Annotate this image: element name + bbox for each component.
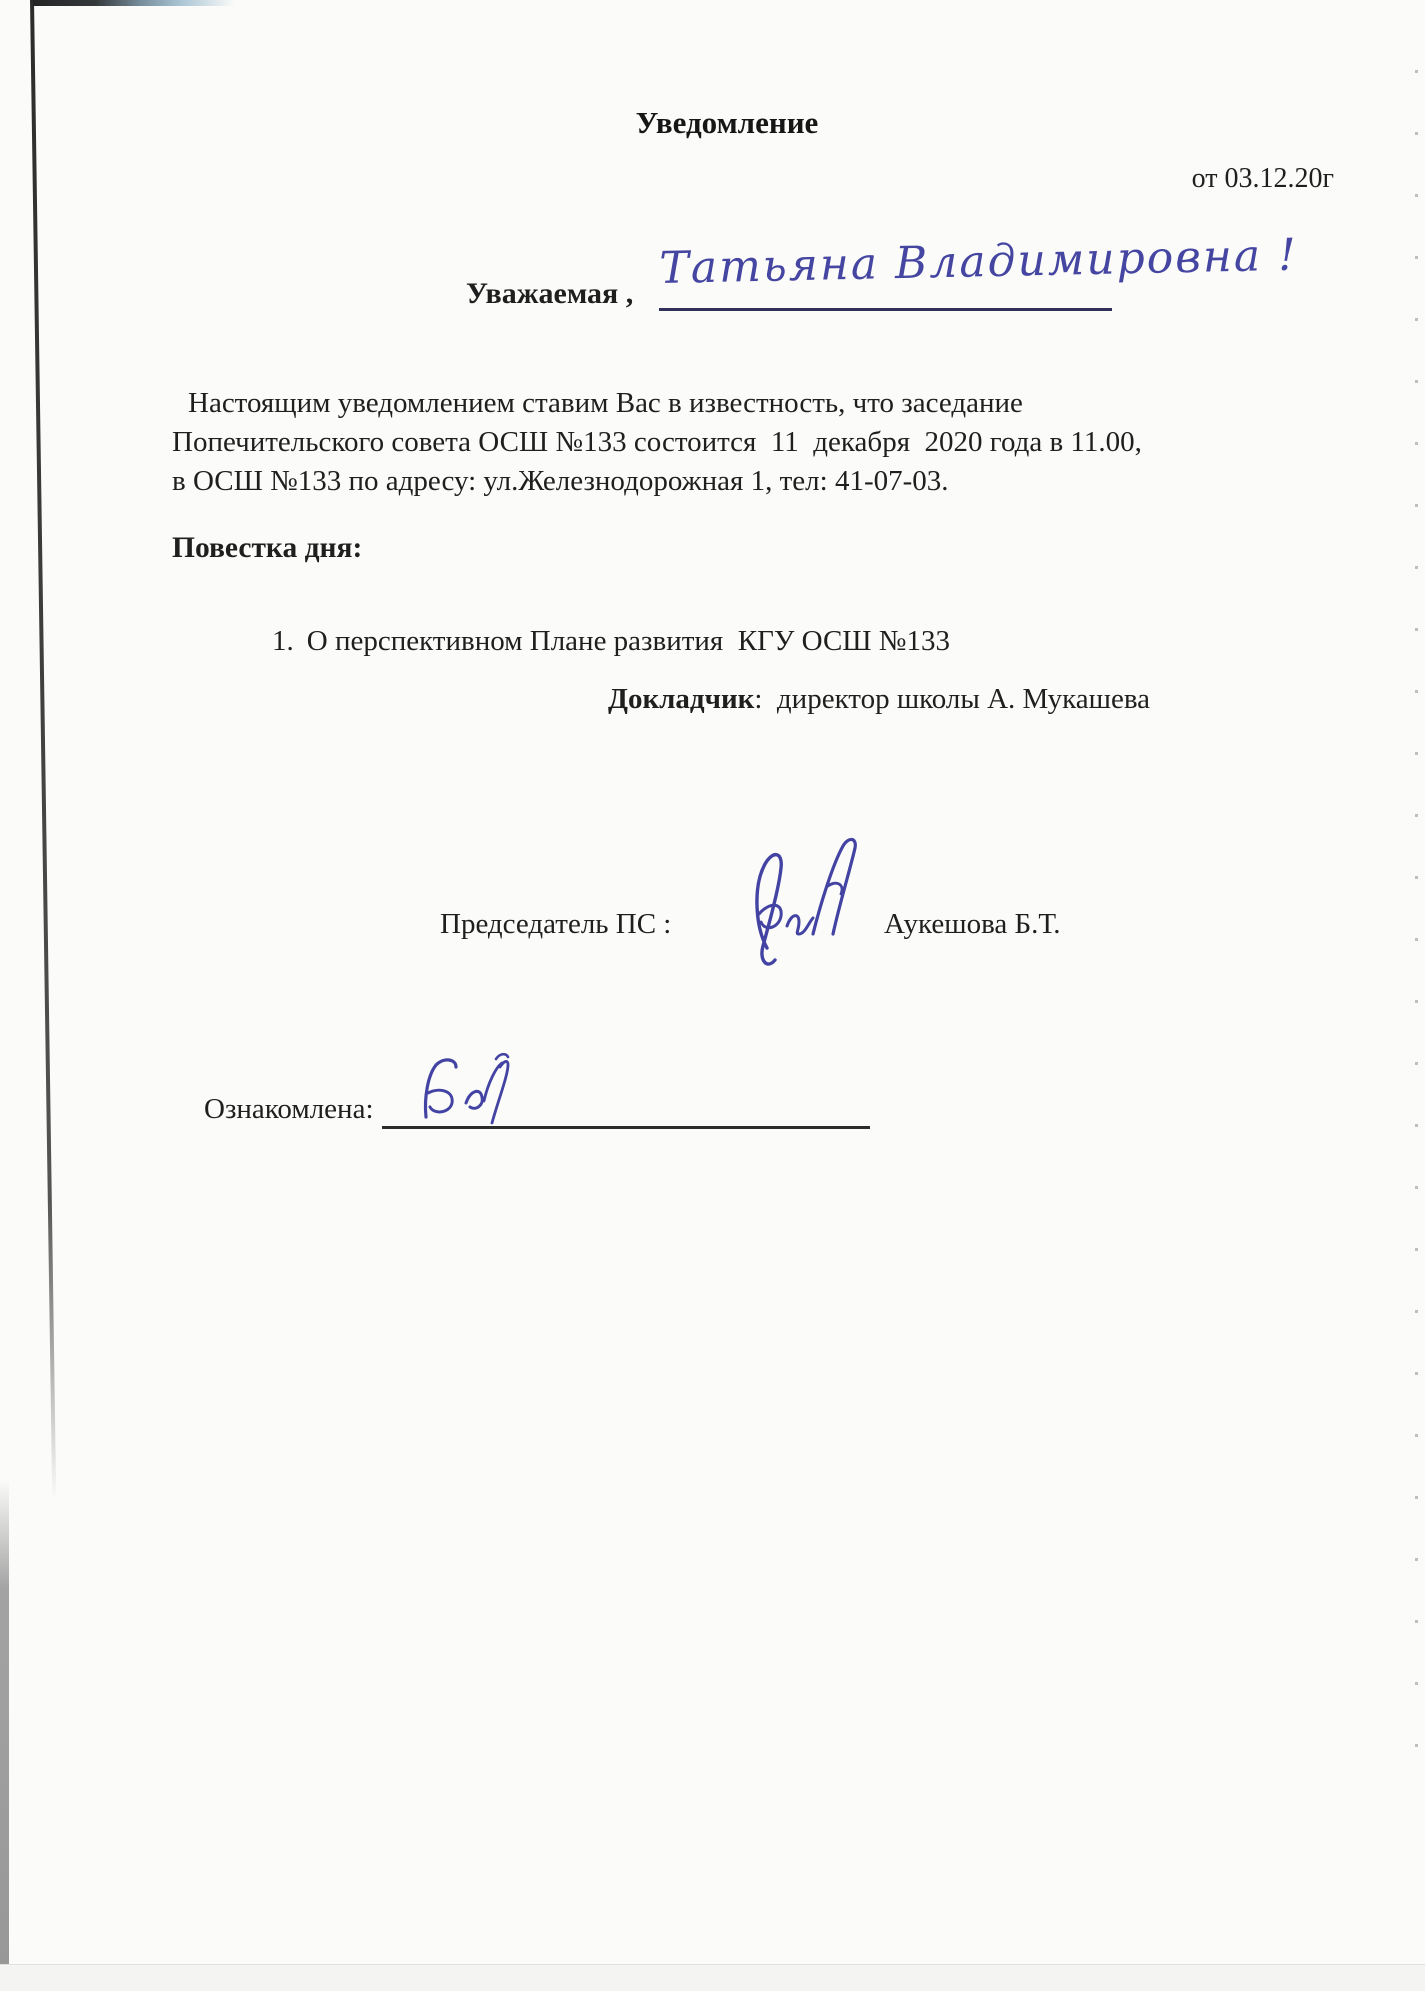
scan-left-edge-line [30,0,56,1500]
speaker-text: : директор школы А. Мукашева [754,683,1150,715]
scan-left-edge-bar [0,1480,9,1965]
body-paragraph: Настоящим уведомлением ставим Вас в изве… [172,384,1312,500]
chairman-name: Аукешова Б.Т. [884,908,1060,941]
body-line: Попечительского совета ОСШ №133 состоитс… [172,423,1312,462]
agenda-item-number: 1. [272,625,294,657]
agenda-heading: Повестка дня: [172,532,362,565]
acknowledged-label: Ознакомлена: [204,1093,374,1126]
document-date: от 03.12.20г [1080,163,1334,195]
speaker-label: Докладчик [608,683,754,715]
handwritten-addressee-name: Татьяна Владимировна ! [659,230,1300,294]
document-title: Уведомление [527,105,927,141]
body-line: в ОСШ №133 по адресу: ул.Железнодорожная… [172,462,1312,501]
chairman-label: Председатель ПС : [440,908,671,941]
scan-right-edge-specks [1415,70,1418,1750]
scanned-notification-page: Уведомление от 03.12.20г Уважаемая , Тат… [0,0,1425,1991]
scan-bottom-edge [0,1964,1425,1991]
greeting-label: Уважаемая , [466,277,633,311]
greeting-underline [659,308,1112,311]
acknowledgement-signature-icon [412,1053,527,1133]
body-line: Настоящим уведомлением ставим Вас в изве… [172,384,1312,423]
chairman-signature-icon [733,830,885,982]
scan-top-edge-line [33,0,243,6]
speaker-line: Докладчик: директор школы А. Мукашева [579,650,1150,749]
